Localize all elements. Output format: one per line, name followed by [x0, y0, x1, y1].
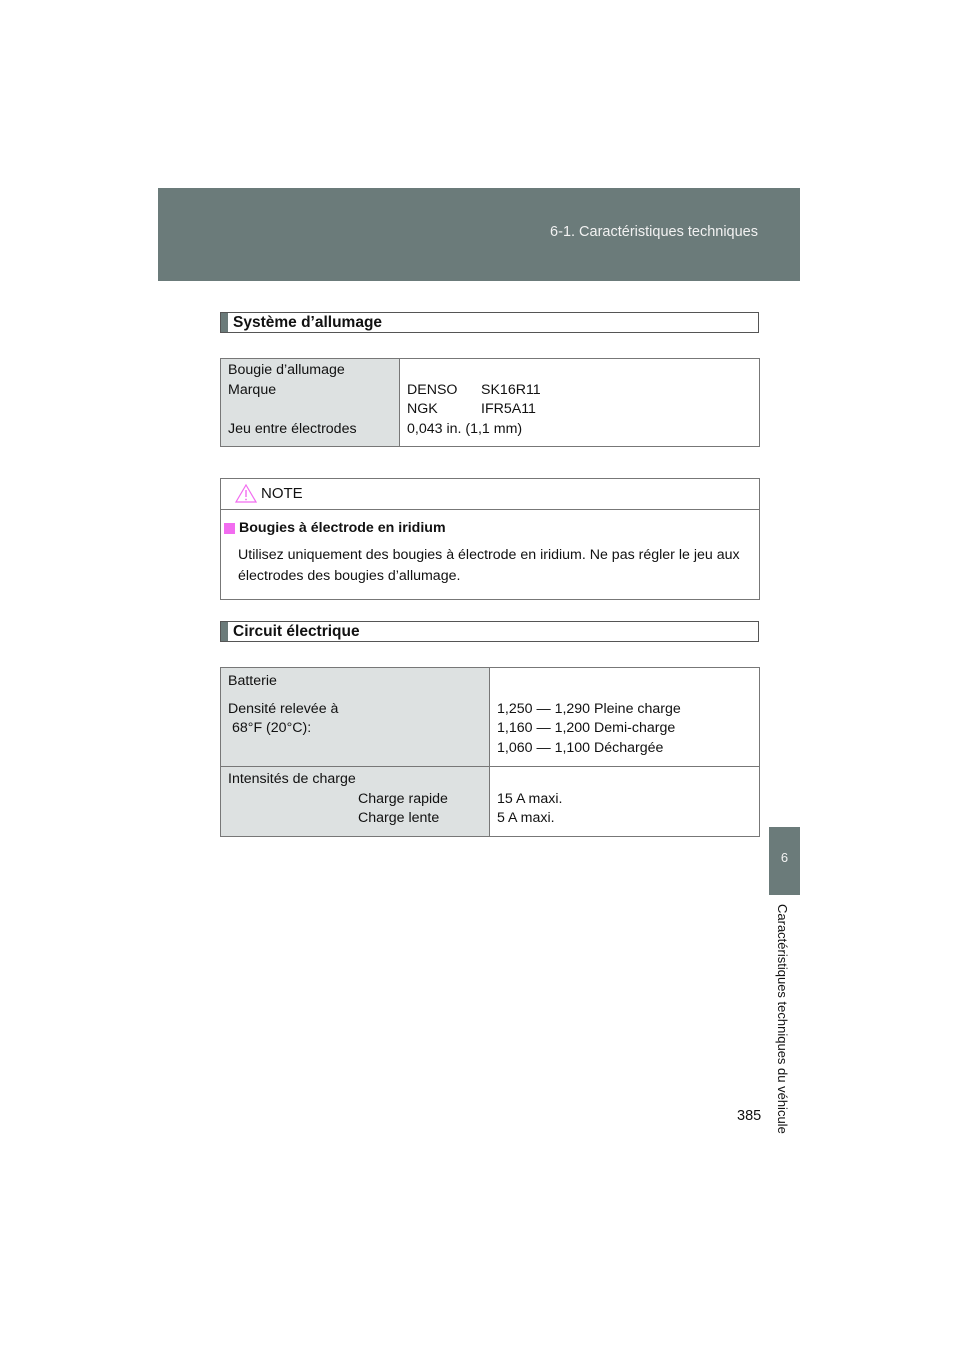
brand-model: SK16R11: [481, 381, 541, 401]
density-half: 1,160 — 1,200 Demi-charge: [497, 719, 752, 739]
slow-charge-label: Charge lente: [228, 809, 482, 829]
brand-model: IFR5A11: [481, 400, 536, 420]
rapid-charge-value: 15 A maxi.: [497, 790, 752, 810]
header-band: 6-1. Caractéristiques techniques: [158, 188, 800, 281]
brand-name: NGK: [407, 400, 481, 420]
electrical-heading-text: Circuit électrique: [233, 623, 360, 641]
table-row: Jeu entre électrodes 0,043 in. (1,1 mm): [221, 420, 760, 447]
chapter-label: Caractéristiques techniques du véhicule: [775, 904, 790, 1134]
gap-value: 0,043 in. (1,1 mm): [400, 420, 760, 447]
density-label: Densité relevée à: [228, 700, 482, 720]
square-bullet-icon: [224, 523, 235, 534]
temperature-label: 68°F (20°C):: [228, 719, 482, 739]
page-number: 385: [737, 1108, 761, 1124]
charging-label-cell: Intensités de charge Charge rapide Charg…: [221, 767, 490, 837]
section-title: 6-1. Caractéristiques techniques: [550, 224, 758, 240]
battery-value-cell: 1,250 — 1,290 Pleine charge 1,160 — 1,20…: [490, 668, 760, 767]
chapter-number: 6: [769, 850, 800, 865]
brand-row: NGK IFR5A11: [407, 400, 752, 420]
rapid-charge-label: Charge rapide: [228, 790, 482, 810]
note-box: NOTE Bougies à électrode en iridium Util…: [220, 478, 760, 600]
electrical-heading: Circuit électrique: [220, 621, 759, 642]
note-bullet-row: Bougies à électrode en iridium: [224, 520, 446, 536]
battery-label: Batterie: [228, 672, 482, 692]
spark-plug-label: Bougie d’allumage: [228, 361, 392, 381]
gap-label: Jeu entre électrodes: [221, 420, 400, 447]
charging-label: Intensités de charge: [228, 770, 482, 790]
brand-label: Marque: [228, 381, 392, 401]
spark-plug-label-cell: Bougie d’allumage Marque: [221, 359, 400, 420]
ignition-table: Bougie d’allumage Marque DENSO SK16R11 N…: [220, 358, 760, 447]
chapter-tab: 6: [769, 827, 800, 895]
ignition-heading-text: Système d’allumage: [233, 314, 382, 332]
note-body: Utilisez uniquement des bougies à électr…: [238, 545, 758, 586]
battery-label-cell: Batterie Densité relevée à 68°F (20°C):: [221, 668, 490, 767]
electrical-table: Batterie Densité relevée à 68°F (20°C): …: [220, 667, 760, 837]
table-row: Batterie Densité relevée à 68°F (20°C): …: [221, 668, 760, 767]
charging-value-cell: 15 A maxi. 5 A maxi.: [490, 767, 760, 837]
warning-triangle-icon: [235, 484, 257, 508]
table-row: Intensités de charge Charge rapide Charg…: [221, 767, 760, 837]
table-row: Bougie d’allumage Marque DENSO SK16R11 N…: [221, 359, 760, 420]
note-title: NOTE: [261, 485, 303, 502]
brand-name: DENSO: [407, 381, 481, 401]
ignition-heading: Système d’allumage: [220, 312, 759, 333]
density-full: 1,250 — 1,290 Pleine charge: [497, 700, 752, 720]
heading-bar: [221, 313, 228, 332]
brand-row: DENSO SK16R11: [407, 381, 752, 401]
heading-bar: [221, 622, 228, 641]
note-header: NOTE: [221, 479, 759, 510]
slow-charge-value: 5 A maxi.: [497, 809, 752, 829]
density-discharged: 1,060 — 1,100 Déchargée: [497, 739, 752, 759]
spark-plug-value-cell: DENSO SK16R11 NGK IFR5A11: [400, 359, 760, 420]
note-bullet-title: Bougies à électrode en iridium: [239, 520, 446, 536]
